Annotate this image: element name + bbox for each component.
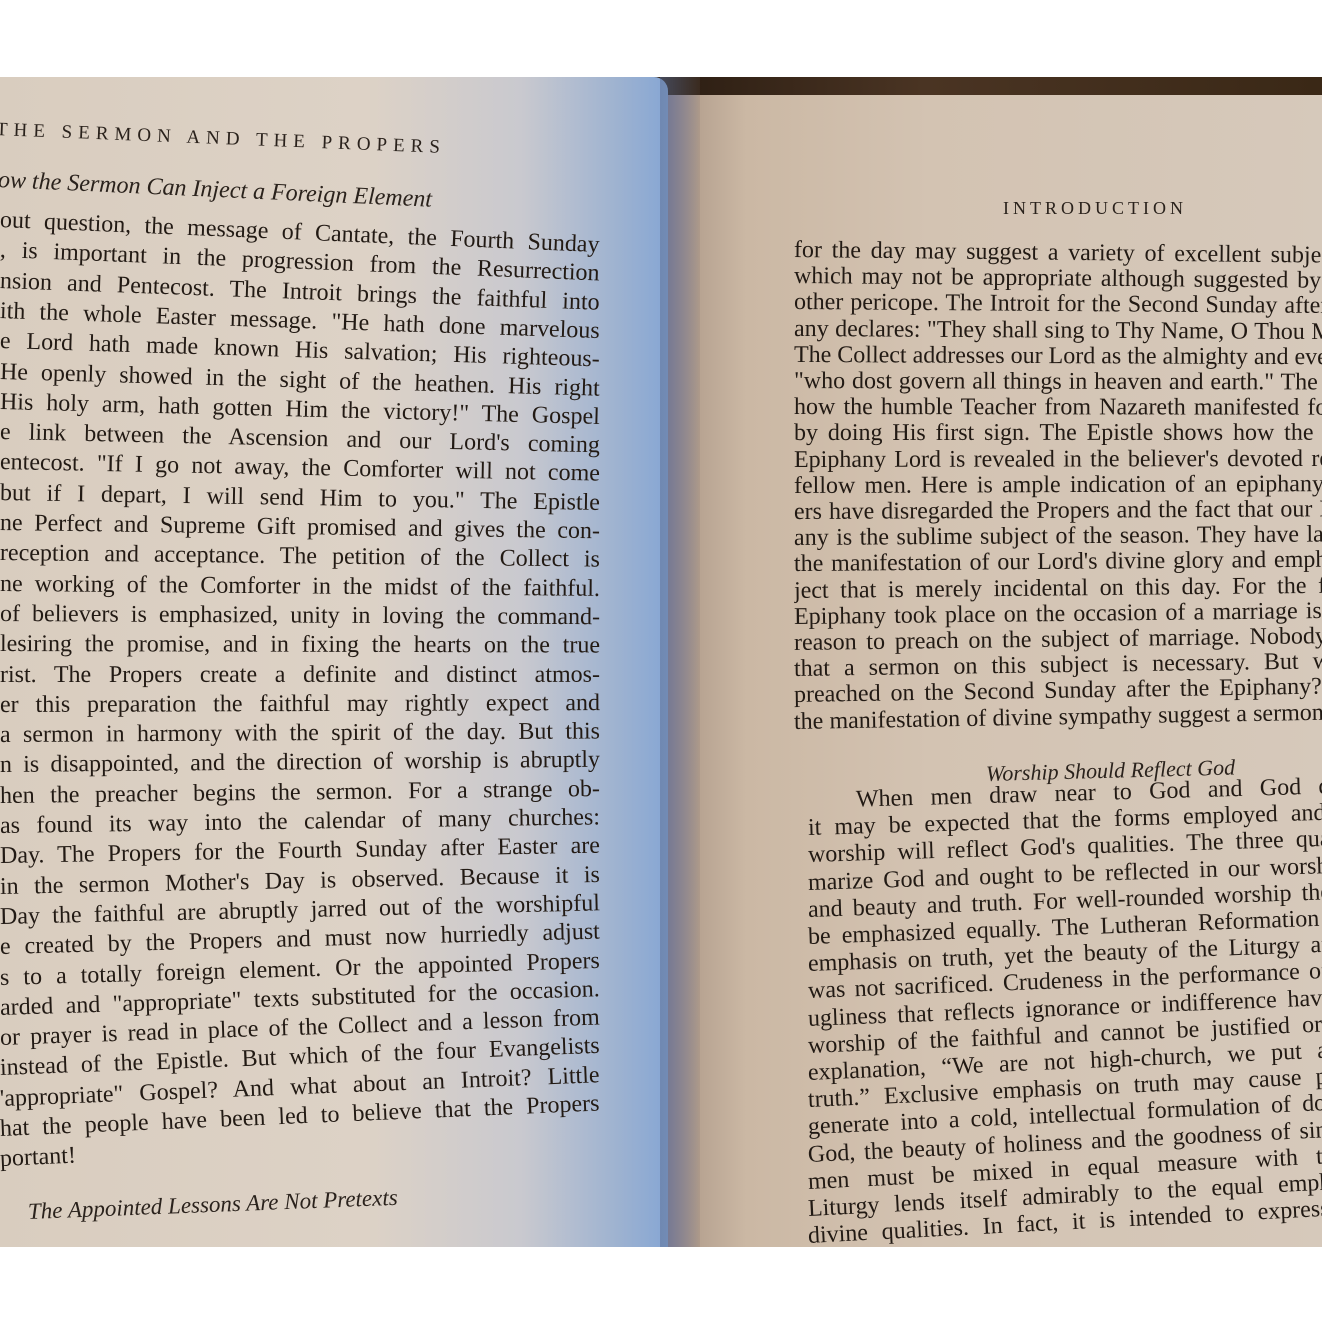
text-line: rist. The Propers create a definite and …	[0, 661, 600, 688]
text-line: a sermon in harmony with the spirit of t…	[0, 719, 600, 750]
text-line: how the humble Teacher from Nazareth man…	[794, 394, 1322, 422]
text-line: "who dost govern all things in heaven an…	[794, 368, 1322, 397]
left-page: THE SERMON AND THE PROPERS ow the Sermon…	[0, 77, 668, 1247]
book-photo: THE SERMON AND THE PROPERS ow the Sermon…	[0, 77, 1322, 1247]
text-line: by doing His first sign. The Epistle sho…	[794, 420, 1322, 447]
left-running-head: THE SERMON AND THE PROPERS	[0, 119, 446, 159]
book-gutter	[660, 77, 700, 1247]
text-line: er this preparation the faithful may rig…	[0, 690, 600, 719]
text-line: n is disappointed, and the direction of …	[0, 747, 600, 779]
text-line: lesiring the promise, and in fixing the …	[0, 631, 600, 659]
bottom-margin	[0, 1247, 1322, 1322]
right-page: INTRODUCTION for the day may suggest a v…	[668, 95, 1322, 1247]
text-line: Epiphany Lord is revealed in the believe…	[794, 446, 1322, 474]
left-section-title-2: The Appointed Lessons Are Not Pretexts	[28, 1185, 399, 1225]
text-line: of believers is emphasized, unity in lov…	[0, 601, 600, 631]
text-line: fellow men. Here is ample indication of …	[794, 471, 1322, 500]
left-section-title: ow the Sermon Can Inject a Foreign Eleme…	[0, 167, 433, 214]
text-line: hen the preacher begins the sermon. For …	[0, 776, 600, 810]
right-running-head: INTRODUCTION	[1003, 198, 1187, 219]
text-line: ne working of the Comforter in the midst…	[0, 571, 600, 603]
text-line: reception and acceptance. The petition o…	[0, 540, 600, 574]
text-line: any declares: "They shall sing to Thy Na…	[794, 316, 1322, 346]
text-line: The Collect addresses our Lord as the al…	[794, 342, 1322, 371]
